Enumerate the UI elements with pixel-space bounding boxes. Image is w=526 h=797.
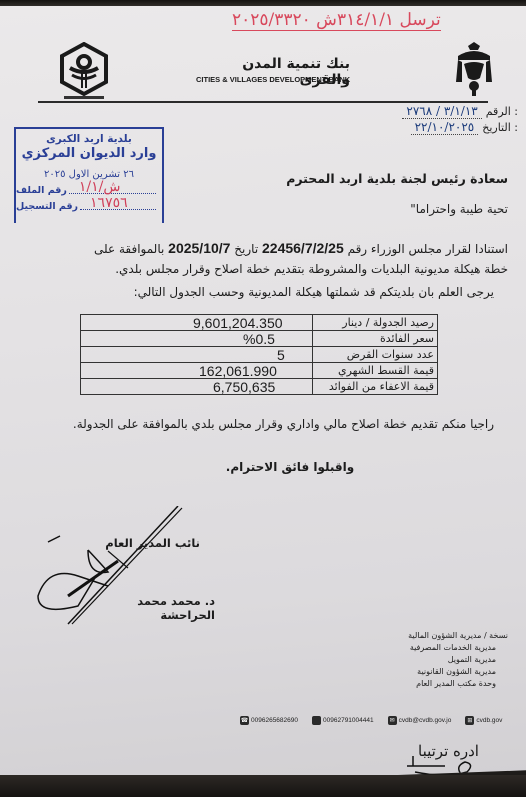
table-label: رصيد الجدولة / دينار	[313, 315, 438, 331]
reference-date-value: ٢٢/١٠/٢٠٢٥	[411, 120, 479, 135]
table-row: قيمة القسط الشهري 162,061.990	[81, 363, 438, 379]
table-value: 9,601,204.350	[81, 315, 313, 331]
reference-number-value: ٣/١/١٣ / ٢٧٦٨	[402, 104, 481, 119]
email-icon: ✉	[388, 716, 397, 725]
cc-item: وحدة مكتب المدير العام	[330, 678, 508, 690]
letter-page: ترسل ٣١٤/١/١ش ٢٠٢٥/٣٣٢٠ بنك تنمية المدن …	[0, 6, 526, 778]
table-row: قيمة الاعفاء من الفوائد 6,750,635	[81, 379, 438, 395]
stamp-municipality: بلدية اربد الكبرى	[16, 133, 162, 145]
signatory-name: د. محمد محمد الحراحشة	[80, 594, 215, 622]
cc-list: نسخة / مديرية الشؤون المالية مديرية الخد…	[330, 630, 508, 690]
contact-email: ✉ cvdb@cvdb.gov.jo	[388, 716, 452, 725]
body-paragraph-3: راجيا منكم تقديم خطة اصلاح مالي واداري و…	[40, 414, 508, 434]
table-value: 162,061.990	[81, 363, 313, 379]
reference-block: الرقم : ٣/١/١٣ / ٢٧٦٨ التاريخ : ٢٢/١٠/٢٠…	[300, 103, 518, 135]
stamp-registration-row: رقم التسجيل ١٦٧٥٦	[16, 198, 162, 212]
addressee: سعادة رئيس لجنة بلدية اربد المحترم	[160, 171, 508, 186]
stamp-registration-label: رقم التسجيل	[16, 201, 78, 212]
cc-label: نسخة / مديرية الشؤون المالية	[330, 630, 508, 642]
closing-remark: واقبلوا فائق الاحترام.	[160, 460, 420, 474]
web-icon: ⊞	[465, 716, 474, 725]
decision-date: 2025/10/7	[168, 240, 230, 256]
stamp-file-row: رقم الملف ش/١/١	[16, 182, 162, 196]
body-paragraph-2: يرجى العلم بان بلديتكم قد شملتها هيكلة ا…	[40, 282, 508, 302]
table-label: قيمة القسط الشهري	[313, 363, 438, 379]
stamp-registration-value: ١٦٧٥٦	[90, 195, 128, 211]
table-row: رصيد الجدولة / دينار 9,601,204.350	[81, 315, 438, 331]
reference-date-label: التاريخ :	[482, 121, 518, 134]
table-value: 6,750,635	[81, 379, 313, 395]
reference-date-row: التاريخ : ٢٢/١٠/٢٠٢٥	[300, 119, 518, 135]
debt-restructuring-table: رصيد الجدولة / دينار 9,601,204.350 سعر ا…	[80, 314, 438, 395]
red-handwritten-annotation: ترسل ٣١٤/١/١ش ٢٠٢٥/٣٣٢٠	[232, 10, 441, 30]
cc-item: مديرية التمويل	[330, 654, 508, 666]
cc-item: مديرية الشؤون القانونية	[330, 666, 508, 678]
paragraph-1-line-1: استنادا لقرار مجلس الوزراء رقم 22456/7/2…	[40, 238, 508, 259]
table-label: قيمة الاعفاء من الفوائد	[313, 379, 438, 395]
contact-website: ⊞ cvdb.gov	[465, 716, 502, 725]
reference-number-label: الرقم :	[486, 105, 518, 118]
paragraph-1-line-2: خطة هيكلة مديونية البلديات والمشروطة بتق…	[40, 259, 508, 279]
table-value: %0.5	[81, 331, 313, 347]
stamp-file-value: ش/١/١	[79, 179, 121, 195]
decision-number: 22456/7/2/25	[262, 240, 344, 256]
table-label: سعر الفائدة	[313, 331, 438, 347]
stamp-department: وارد الديوان المركزي	[16, 146, 162, 161]
contact-footer: ☎ 0096265682690 00962791004441 ✉ cvdb@cv…	[240, 716, 526, 725]
reference-number-row: الرقم : ٣/١/١٣ / ٢٧٦٨	[300, 103, 518, 119]
body-paragraph-1: استنادا لقرار مجلس الوزراء رقم 22456/7/2…	[40, 238, 508, 279]
contact-mobile: 00962791004441	[312, 716, 374, 725]
table-label: عدد سنوات القرض	[313, 347, 438, 363]
cvdb-logo-icon	[58, 42, 110, 100]
photo-bottom-edge	[0, 775, 526, 797]
table-row: عدد سنوات القرض 5	[81, 347, 438, 363]
signatory-title: نائب المدير العام	[100, 536, 200, 550]
fax-icon	[312, 716, 321, 725]
phone-icon: ☎	[240, 716, 249, 725]
bank-name-english: CITIES & VILLAGES DEVELOPMENT BANK	[196, 75, 356, 84]
cc-item: مديرية الخدمات المصرفية	[330, 642, 508, 654]
table-row: سعر الفائدة %0.5	[81, 331, 438, 347]
incoming-stamp: بلدية اربد الكبرى وارد الديوان المركزي ٢…	[14, 127, 164, 223]
contact-phone: ☎ 0096265682690	[240, 716, 298, 725]
jordan-coat-of-arms-icon	[452, 42, 496, 98]
table-value: 5	[81, 347, 313, 363]
greeting: تحية طيبة واحتراما"	[200, 202, 508, 216]
stamp-file-label: رقم الملف	[16, 185, 67, 196]
